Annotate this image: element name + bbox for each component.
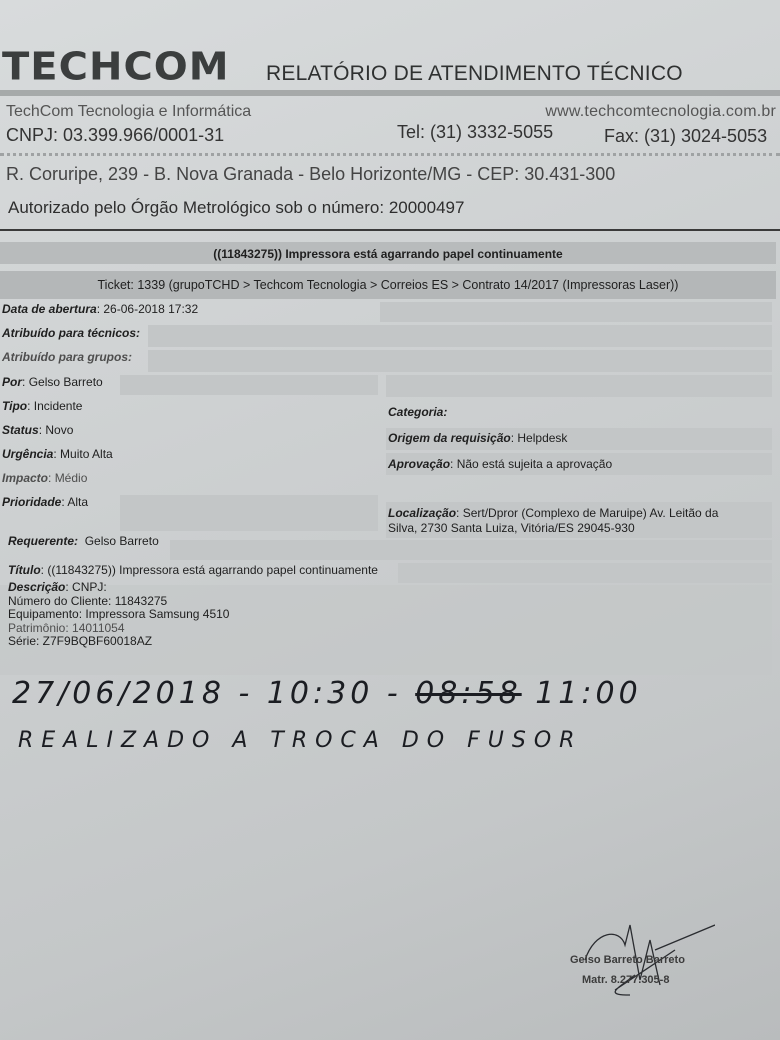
- field-opening-date: Data de abertura: 26-06-2018 17:32: [2, 302, 198, 316]
- company-phone: Tel: (31) 3332-5055: [397, 122, 553, 143]
- field-category: Categoria:: [388, 405, 447, 419]
- field-title: Título: ((11843275)) Impressora está aga…: [8, 563, 378, 577]
- techcom-logo: TECHCOM: [2, 45, 230, 89]
- description-client-number: Número do Cliente: 11843275: [8, 595, 229, 609]
- field-by: Por: Gelso Barreto: [2, 375, 103, 389]
- service-report-page: TECHCOM RELATÓRIO DE ATENDIMENTO TÉCNICO…: [0, 0, 780, 1040]
- field-location: Localização: Sert/Dpror (Complexo de Mar…: [388, 506, 718, 536]
- company-address: R. Coruripe, 239 - B. Nova Granada - Bel…: [6, 164, 615, 185]
- ticket-title-band: ((11843275)) Impressora está agarrando p…: [0, 242, 776, 264]
- stamp-registration: Matr. 8.277.305-8: [582, 970, 685, 990]
- description-asset: Patrimônio: 14011054: [8, 622, 229, 636]
- company-name: TechCom Tecnologia e Informática: [6, 103, 251, 121]
- field-description: Descrição: CNPJ: Número do Cliente: 1184…: [8, 581, 229, 649]
- metrology-authorization: Autorizado pelo Órgão Metrológico sob o …: [8, 198, 464, 218]
- description-equipment: Equipamento: Impressora Samsung 4510: [8, 608, 229, 622]
- field-priority: Prioridade: Alta: [2, 495, 88, 509]
- field-status: Status: Novo: [2, 423, 73, 437]
- description-serial: Série: Z7F9BQBF60018AZ: [8, 635, 229, 649]
- company-fax: Fax: (31) 3024-5053: [604, 126, 767, 147]
- dotted-divider: [0, 153, 780, 156]
- field-requester: Requerente: Gelso Barreto: [8, 534, 159, 548]
- field-urgency: Urgência: Muito Alta: [2, 447, 113, 461]
- stamp-name: Gelso Barreto Barreto: [570, 950, 685, 970]
- field-request-origin: Origem da requisição: Helpdesk: [388, 431, 567, 445]
- struck-time: 08:58: [415, 676, 521, 711]
- ticket-label: Ticket:: [98, 278, 134, 292]
- field-assigned-groups: Atribuído para grupos:: [2, 350, 132, 364]
- field-type: Tipo: Incidente: [2, 399, 82, 413]
- company-cnpj: CNPJ: 03.399.966/0001-31: [6, 125, 224, 146]
- field-approval: Aprovação: Não está sujeita a aprovação: [388, 457, 612, 471]
- signature-stamp: Gelso Barreto Barreto Matr. 8.277.305-8: [570, 950, 685, 990]
- handwritten-service-note: REALIZADO A TROCA DO FUSOR: [18, 728, 582, 753]
- report-title: RELATÓRIO DE ATENDIMENTO TÉCNICO: [266, 62, 683, 86]
- field-impact: Impacto: Médio: [2, 471, 87, 485]
- field-assigned-technicians: Atribuído para técnicos:: [2, 326, 140, 340]
- company-website: www.techcomtecnologia.com.br: [545, 103, 776, 121]
- section-divider: [0, 229, 780, 231]
- header-divider: [0, 90, 780, 96]
- handwritten-date-time: 27/06/2018 - 10:30 - 08:58 11:00: [12, 676, 642, 711]
- ticket-path-band: Ticket: 1339 (grupoTCHD > Techcom Tecnol…: [0, 271, 776, 299]
- ticket-path: 1339 (grupoTCHD > Techcom Tecnologia > C…: [137, 278, 678, 292]
